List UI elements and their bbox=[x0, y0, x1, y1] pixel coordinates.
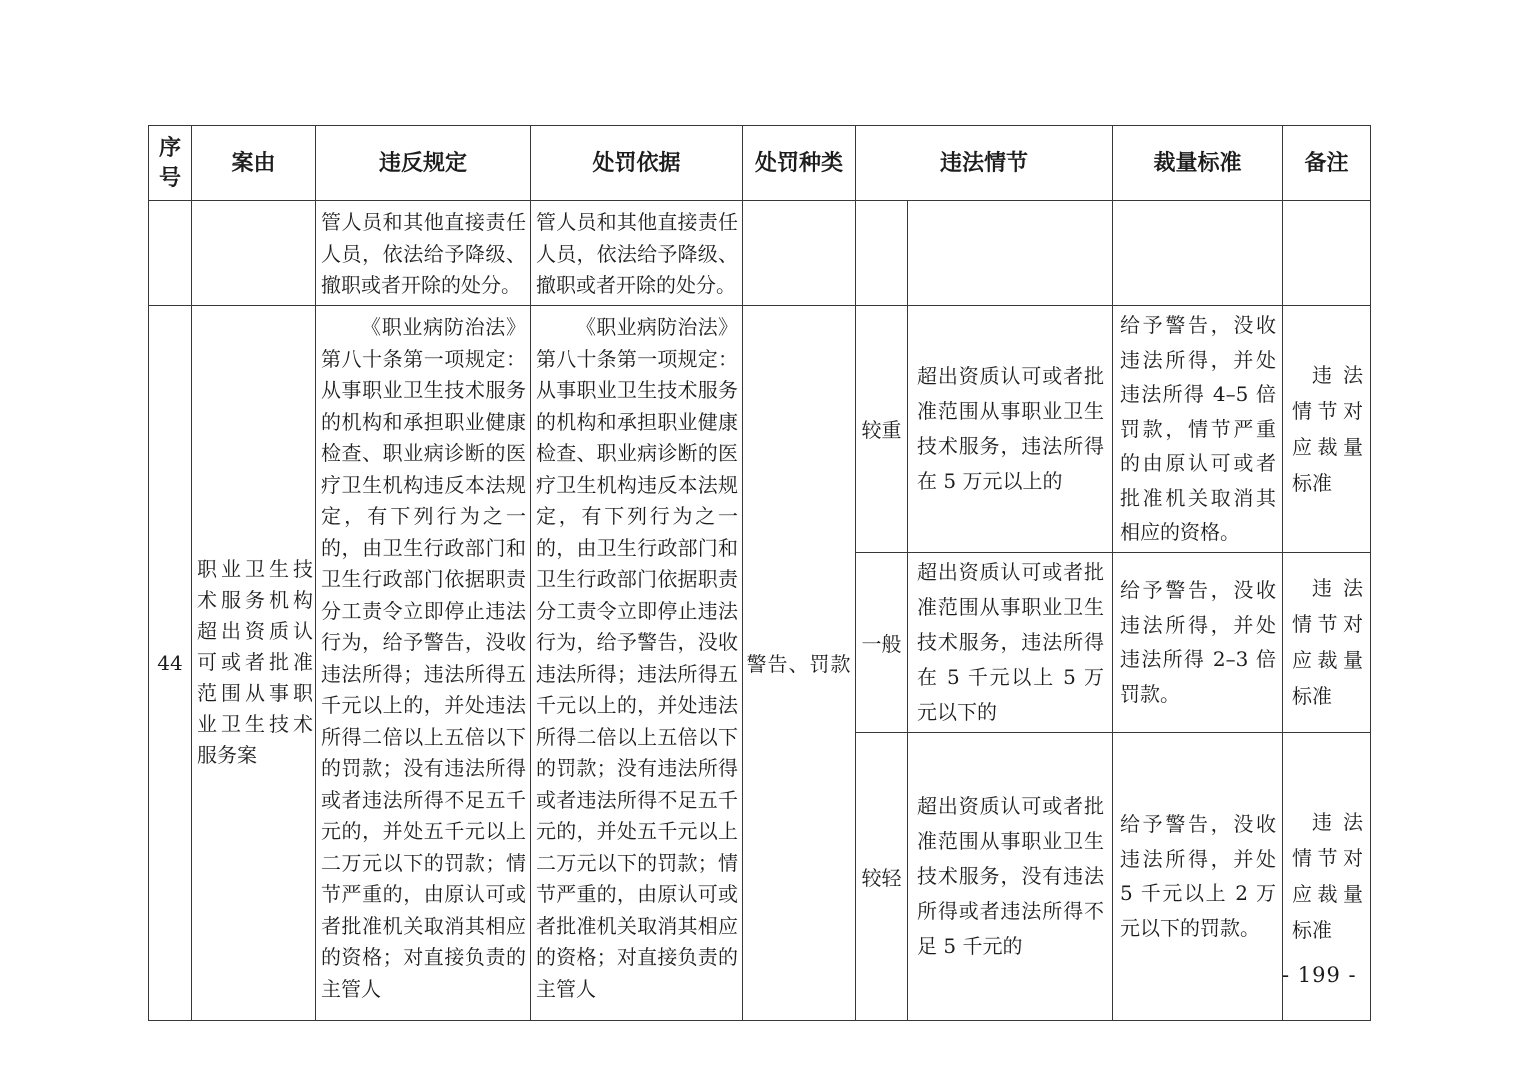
header-penalty-basis: 处罚依据 bbox=[531, 126, 743, 201]
discretion-standard-severe: 给予警告，没收违法所得，并处违法所得 4–5 倍罚款，情节严重的由原认可或者批准… bbox=[1113, 306, 1283, 553]
header-violation-circumstance: 违法情节 bbox=[856, 126, 1113, 201]
case-cause-cell: 职业卫生技术服务机构超出资质认可或者批准范围从事职业卫生技术服务案 bbox=[192, 306, 316, 1021]
case-violation-text: 《职业病防治法》第八十条第一项规定：从事职业卫生技术服务的机构和承担职业健康检查… bbox=[321, 312, 526, 1005]
remarks-general-text: 违法情节对应裁量标准 bbox=[1292, 570, 1363, 714]
case-basis-text: 《职业病防治法》第八十条第一项规定：从事职业卫生技术服务的机构和承担职业健康检查… bbox=[536, 312, 738, 1005]
remarks-severe-text: 违法情节对应裁量标准 bbox=[1292, 357, 1363, 501]
circumstance-description-severe: 超出资质认可或者批准范围从事职业卫生技术服务，违法所得在 5 万元以上的 bbox=[908, 306, 1113, 553]
case-serial-number: 44 bbox=[149, 306, 192, 1021]
carryover-case-cell bbox=[192, 201, 316, 306]
carryover-row: 管人员和其他直接责任人员，依法给予降级、撤职或者开除的处分。 管人员和其他直接责… bbox=[149, 201, 1371, 306]
carryover-violation-text-cell: 管人员和其他直接责任人员，依法给予降级、撤职或者开除的处分。 bbox=[316, 201, 531, 306]
carryover-violation-text: 管人员和其他直接责任人员，依法给予降级、撤职或者开除的处分。 bbox=[321, 207, 526, 302]
carryover-standard-cell bbox=[1113, 201, 1283, 306]
carryover-penalty-type-cell bbox=[743, 201, 856, 306]
discretion-standard-light: 给予警告，没收违法所得，并处 5 千元以上 2 万元以下的罚款。 bbox=[1113, 732, 1283, 1020]
penalty-discretion-table: 序号 案由 违反规定 处罚依据 处罚种类 违法情节 裁量标准 备注 管人员和其他… bbox=[148, 125, 1371, 1021]
table-header-row: 序号 案由 违反规定 处罚依据 处罚种类 违法情节 裁量标准 备注 bbox=[149, 126, 1371, 201]
header-violated-provision: 违反规定 bbox=[316, 126, 531, 201]
remarks-severe-cell: 违法情节对应裁量标准 bbox=[1283, 306, 1371, 553]
circumstance-description-general: 超出资质认可或者批准范围从事职业卫生技术服务，违法所得在 5 千元以上 5 万元… bbox=[908, 552, 1113, 732]
circumstance-description-light: 超出资质认可或者批准范围从事职业卫生技术服务，没有违法所得或者违法所得不足 5 … bbox=[908, 732, 1113, 1020]
header-remarks: 备注 bbox=[1283, 126, 1371, 201]
header-serial-number: 序号 bbox=[149, 126, 192, 201]
header-case-cause: 案由 bbox=[192, 126, 316, 201]
case-violation-text-cell: 《职业病防治法》第八十条第一项规定：从事职业卫生技术服务的机构和承担职业健康检查… bbox=[316, 306, 531, 1021]
severity-label-severe: 较重 bbox=[856, 306, 908, 553]
carryover-circumstance-cell bbox=[908, 201, 1113, 306]
carryover-basis-text: 管人员和其他直接责任人员，依法给予降级、撤职或者开除的处分。 bbox=[536, 207, 738, 302]
case-basis-text-cell: 《职业病防治法》第八十条第一项规定：从事职业卫生技术服务的机构和承担职业健康检查… bbox=[531, 306, 743, 1021]
carryover-remarks-cell bbox=[1283, 201, 1371, 306]
carryover-severity-cell bbox=[856, 201, 908, 306]
discretion-standard-general: 给予警告，没收违法所得，并处违法所得 2–3 倍罚款。 bbox=[1113, 552, 1283, 732]
header-penalty-type: 处罚种类 bbox=[743, 126, 856, 201]
case-penalty-type-cell: 警告、罚款 bbox=[743, 306, 856, 1021]
severity-label-light: 较轻 bbox=[856, 732, 908, 1020]
case-44-row-severe: 44 职业卫生技术服务机构超出资质认可或者批准范围从事职业卫生技术服务案 《职业… bbox=[149, 306, 1371, 553]
page-number: - 199 - bbox=[1282, 963, 1357, 987]
remarks-light-text: 违法情节对应裁量标准 bbox=[1292, 804, 1363, 948]
severity-label-general: 一般 bbox=[856, 552, 908, 732]
header-discretion-standard: 裁量标准 bbox=[1113, 126, 1283, 201]
carryover-serial-cell bbox=[149, 201, 192, 306]
carryover-basis-text-cell: 管人员和其他直接责任人员，依法给予降级、撤职或者开除的处分。 bbox=[531, 201, 743, 306]
remarks-general-cell: 违法情节对应裁量标准 bbox=[1283, 552, 1371, 732]
